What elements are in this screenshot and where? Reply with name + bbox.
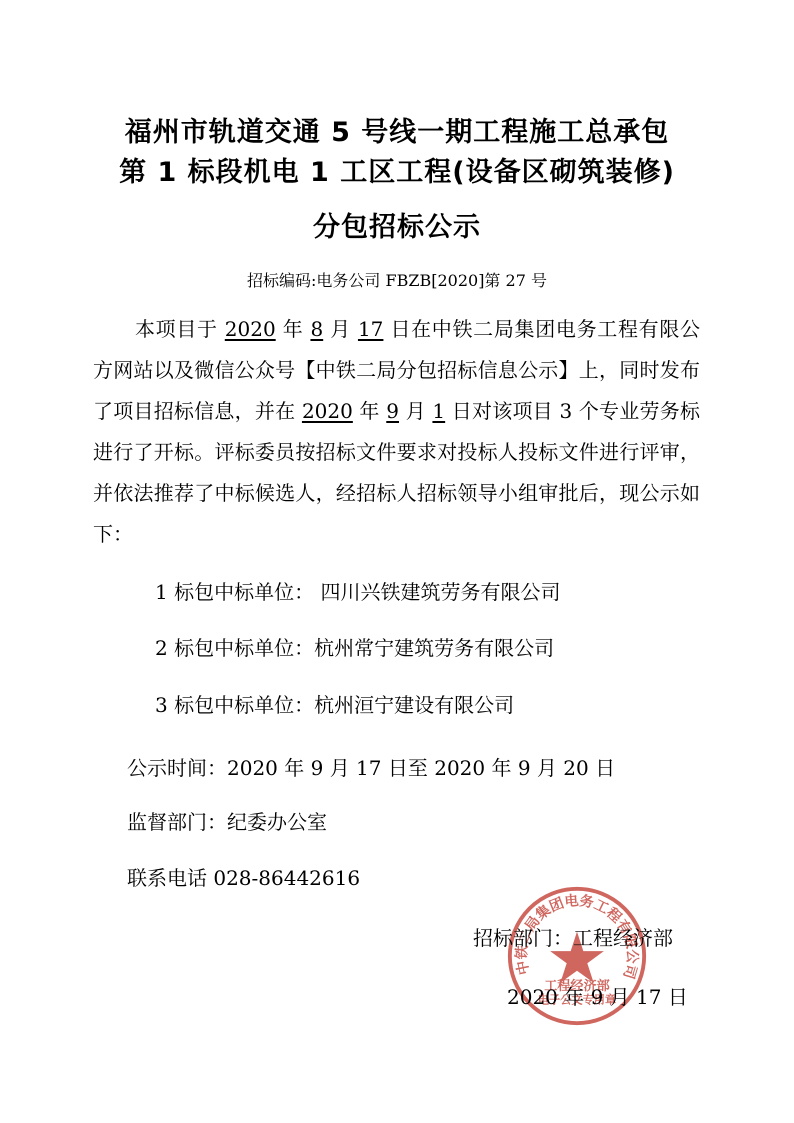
paragraph-line: 下：	[93, 514, 700, 555]
signoff-date: 2020 年 9 月 17 日	[507, 976, 688, 1019]
text-run: 了项目招标信息，并在	[93, 399, 302, 423]
text-run: 年	[353, 399, 386, 423]
text-run: 月	[323, 317, 358, 341]
text-run: 进行了开标。评标委员按招标文件要求对投标人投标文件进行评审，	[93, 440, 700, 464]
document-title-line-1: 福州市轨道交通 5 号线一期工程施工总承包	[0, 111, 794, 155]
text-run: 下：	[93, 522, 133, 546]
text-run: 并依法推荐了中标候选人，经招标人招标领导小组审批后，现公示如	[93, 481, 700, 505]
supervision-department: 监督部门：纪委办公室	[127, 801, 327, 844]
winner-item-1: 1 标包中标单位： 四川兴铁建筑劳务有限公司	[155, 571, 560, 614]
underlined-text: 9	[386, 399, 399, 423]
tender-code: 招标编码:电务公司 FBZB[2020]第 27 号	[0, 266, 794, 296]
contact-phone: 联系电话 028-86442616	[127, 857, 360, 900]
underlined-text: 2020	[302, 399, 353, 423]
announcement-page: 福州市轨道交通 5 号线一期工程施工总承包 第 1 标段机电 1 工区工程(设备…	[0, 0, 794, 1123]
paragraph-line: 并依法推荐了中标候选人，经招标人招标领导小组审批后，现公示如	[93, 473, 700, 514]
text-run: 年	[276, 317, 311, 341]
document-title-line-3: 分包招标公示	[0, 206, 794, 250]
winner-item-3: 3 标包中标单位：杭州洹宁建设有限公司	[155, 684, 514, 727]
publicity-period: 公示时间：2020 年 9 月 17 日至 2020 年 9 月 20 日	[127, 747, 615, 790]
signoff-department: 招标部门：工程经济部	[473, 917, 673, 960]
paragraph-line: 进行了开标。评标委员按招标文件要求对投标人投标文件进行评审，	[93, 432, 700, 473]
paragraph-line: 了项目招标信息，并在 2020 年 9 月 1 日对该项目 3 个专业劳务标包	[93, 391, 700, 432]
text-run: 月	[399, 399, 432, 423]
announcement-paragraph: 本项目于 2020 年 8 月 17 日在中铁二局集团电务工程有限公司官方网站以…	[93, 309, 700, 555]
text-run: 本项目于	[135, 317, 225, 341]
underlined-text: 2020	[225, 317, 276, 341]
paragraph-line: 本项目于 2020 年 8 月 17 日在中铁二局集团电务工程有限公司官	[93, 309, 700, 350]
text-run: 方网站以及微信公众号【中铁二局分包招标信息公示】上，同时发布	[93, 358, 700, 382]
underlined-text: 17	[358, 317, 383, 341]
winner-item-2: 2 标包中标单位：杭州常宁建筑劳务有限公司	[155, 627, 554, 670]
paragraph-line: 方网站以及微信公众号【中铁二局分包招标信息公示】上，同时发布	[93, 350, 700, 391]
underlined-text: 1	[432, 399, 445, 423]
document-title-line-2: 第 1 标段机电 1 工区工程(设备区砌筑装修)	[0, 151, 794, 195]
underlined-text: 8	[310, 317, 323, 341]
